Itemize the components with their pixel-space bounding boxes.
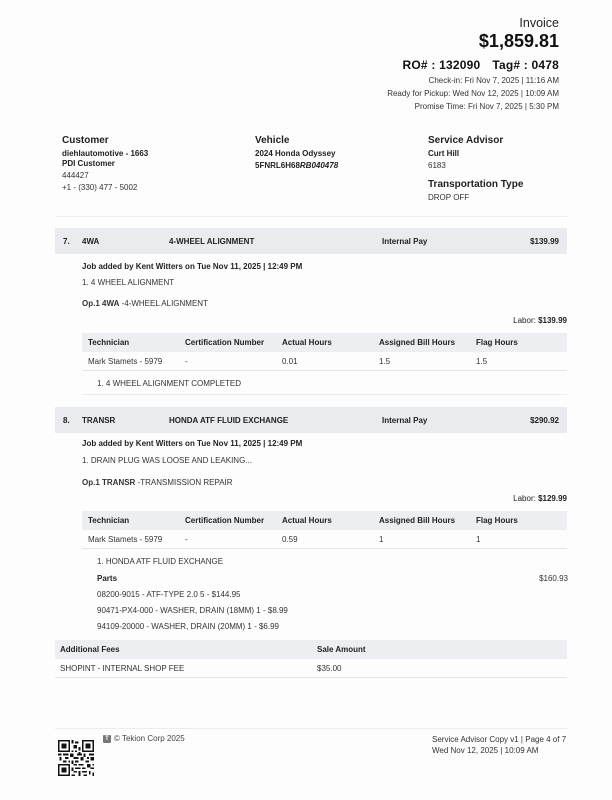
- additional-fees-table: Additional Fees Sale Amount SHOPINT - IN…: [55, 640, 567, 678]
- job-title: 4-WHEEL ALIGNMENT: [169, 237, 254, 246]
- cell-technician: Mark Stamets - 5979: [88, 535, 162, 544]
- technician-table: Technician Certification Number Actual H…: [82, 511, 567, 549]
- col-assigned-bill-hours: Assigned Bill Hours: [379, 338, 455, 347]
- vehicle-block: Vehicle 2024 Honda Odyssey 5FNRL6H68RB04…: [255, 135, 338, 170]
- cell-fee-name: SHOPINT - INTERNAL SHOP FEE: [60, 664, 184, 673]
- customer-type: PDI Customer: [62, 159, 148, 168]
- customer-name: diehlautomotive - 1663: [62, 149, 148, 158]
- col-sale-amount: Sale Amount: [317, 645, 366, 654]
- parts-total: $160.93: [539, 574, 568, 583]
- job-amount: $290.92: [530, 416, 559, 425]
- tag-number: Tag# : 0478: [492, 58, 559, 72]
- job-number: 7.: [63, 237, 70, 246]
- ro-number: RO# : 132090: [403, 58, 481, 72]
- printed-timestamp: Wed Nov 12, 2025 | 10:09 AM: [432, 745, 566, 756]
- vehicle-label: Vehicle: [255, 135, 338, 146]
- col-assigned-bill-hours: Assigned Bill Hours: [379, 516, 455, 525]
- op-code: Op.1 4WA: [82, 299, 119, 308]
- op-code: Op.1 TRANSR: [82, 478, 135, 487]
- op-description: -4-WHEEL ALIGNMENT: [119, 299, 208, 308]
- cell-technician: Mark Stamets - 5979: [88, 357, 162, 366]
- transportation-value: DROP OFF: [428, 193, 523, 202]
- cell-certification: -: [185, 357, 188, 366]
- copyright: T © Tekion Corp 2025: [103, 734, 185, 743]
- cell-flag-hours: 1.5: [476, 357, 487, 366]
- part-line: 08200-9015 - ATF-TYPE 2.0 5 - $144.95: [97, 590, 241, 599]
- customer-block: Customer diehlautomotive - 1663 PDI Cust…: [62, 135, 148, 192]
- vehicle-description: 2024 Honda Odyssey: [255, 149, 338, 158]
- table-row: SHOPINT - INTERNAL SHOP FEE $35.00: [55, 659, 567, 678]
- labor-label: Labor:: [513, 494, 536, 503]
- vin-suffix: RB040478: [300, 161, 338, 170]
- table-row: Mark Stamets - 5979 - 0.59 1 1: [82, 530, 567, 549]
- promise-time: Promise Time: Fri Nov 7, 2025 | 5:30 PM: [415, 102, 559, 111]
- customer-label: Customer: [62, 135, 148, 146]
- col-additional-fees: Additional Fees: [60, 645, 120, 654]
- job-added-by: Job added by Kent Witters on Tue Nov 11,…: [82, 262, 302, 271]
- labor-total: Labor: $129.99: [513, 494, 567, 503]
- part-line: 90471-PX4-000 - WASHER, DRAIN (18MM) 1 -…: [97, 606, 288, 615]
- cell-actual-hours: 0.01: [282, 357, 298, 366]
- copyright-text: © Tekion Corp 2025: [114, 734, 185, 743]
- document-title: Invoice: [519, 16, 559, 30]
- copy-info: Service Advisor Copy v1 | Page 4 of 7: [432, 734, 566, 745]
- job-amount: $139.99: [530, 237, 559, 246]
- service-advisor-id: 6183: [428, 161, 523, 170]
- vin-prefix: 5FNRL6H68: [255, 161, 300, 170]
- cell-actual-hours: 0.59: [282, 535, 298, 544]
- job-code: 4WA: [82, 237, 99, 246]
- customer-id: 444427: [62, 171, 148, 180]
- qr-code-icon: [58, 740, 94, 776]
- col-actual-hours: Actual Hours: [282, 516, 332, 525]
- job-pay-type: Internal Pay: [382, 416, 427, 425]
- divider: [55, 216, 567, 217]
- divider: [82, 394, 567, 395]
- part-line: 94109-20000 - WASHER, DRAIN (20MM) 1 - $…: [97, 622, 279, 631]
- check-in-time: Check-in: Fri Nov 7, 2025 | 11:16 AM: [429, 76, 559, 85]
- labor-amount: $139.99: [538, 316, 567, 325]
- job-concern: 1. 4 WHEEL ALIGNMENT: [82, 278, 174, 287]
- cell-flag-hours: 1: [476, 535, 480, 544]
- footer-info: Service Advisor Copy v1 | Page 4 of 7 We…: [432, 734, 566, 756]
- job-pay-type: Internal Pay: [382, 237, 427, 246]
- ready-for-pickup-time: Ready for Pickup: Wed Nov 12, 2025 | 10:…: [387, 89, 559, 98]
- job-title: HONDA ATF FLUID EXCHANGE: [169, 416, 288, 425]
- job-operation: Op.1 4WA -4-WHEEL ALIGNMENT: [82, 299, 208, 308]
- technician-table: Technician Certification Number Actual H…: [82, 333, 567, 371]
- col-actual-hours: Actual Hours: [282, 338, 332, 347]
- fees-table-header: Additional Fees Sale Amount: [55, 640, 567, 659]
- job-header-7: 7. 4WA 4-WHEEL ALIGNMENT Internal Pay $1…: [55, 228, 567, 254]
- job-operation: Op.1 TRANSR -TRANSMISSION REPAIR: [82, 478, 233, 487]
- cell-assigned-bill-hours: 1.5: [379, 357, 390, 366]
- job-correction: 1. HONDA ATF FLUID EXCHANGE: [97, 557, 223, 566]
- job-added-by: Job added by Kent Witters on Tue Nov 11,…: [82, 439, 302, 448]
- service-advisor-block: Service Advisor Curt Hill 6183 Transport…: [428, 135, 523, 202]
- cell-assigned-bill-hours: 1: [379, 535, 383, 544]
- col-flag-hours: Flag Hours: [476, 338, 518, 347]
- customer-phone: +1 - (330) 477 - 5002: [62, 183, 148, 192]
- vehicle-vin: 5FNRL6H68RB040478: [255, 161, 338, 170]
- footer-divider: [55, 728, 567, 729]
- invoice-total: $1,859.81: [479, 31, 559, 52]
- op-description: -TRANSMISSION REPAIR: [135, 478, 232, 487]
- col-flag-hours: Flag Hours: [476, 516, 518, 525]
- technician-table-header: Technician Certification Number Actual H…: [82, 333, 567, 352]
- service-advisor-name: Curt Hill: [428, 149, 523, 158]
- cell-fee-amount: $35.00: [317, 664, 341, 673]
- transportation-label: Transportation Type: [428, 179, 523, 190]
- labor-label: Labor:: [513, 316, 536, 325]
- tekion-logo-icon: T: [103, 735, 111, 743]
- ro-tag-line: RO# : 132090Tag# : 0478: [403, 58, 559, 72]
- cell-certification: -: [185, 535, 188, 544]
- job-code: TRANSR: [82, 416, 115, 425]
- job-number: 8.: [63, 416, 70, 425]
- service-advisor-label: Service Advisor: [428, 135, 523, 146]
- table-row: Mark Stamets - 5979 - 0.01 1.5 1.5: [82, 352, 567, 371]
- job-header-8: 8. TRANSR HONDA ATF FLUID EXCHANGE Inter…: [55, 407, 567, 433]
- job-correction: 1. 4 WHEEL ALIGNMENT COMPLETED: [97, 379, 241, 388]
- col-certification: Certification Number: [185, 338, 264, 347]
- job-concern: 1. DRAIN PLUG WAS LOOSE AND LEAKING...: [82, 456, 252, 465]
- col-certification: Certification Number: [185, 516, 264, 525]
- technician-table-header: Technician Certification Number Actual H…: [82, 511, 567, 530]
- parts-label: Parts: [97, 574, 117, 583]
- col-technician: Technician: [88, 516, 129, 525]
- col-technician: Technician: [88, 338, 129, 347]
- labor-total: Labor: $139.99: [513, 316, 567, 325]
- labor-amount: $129.99: [538, 494, 567, 503]
